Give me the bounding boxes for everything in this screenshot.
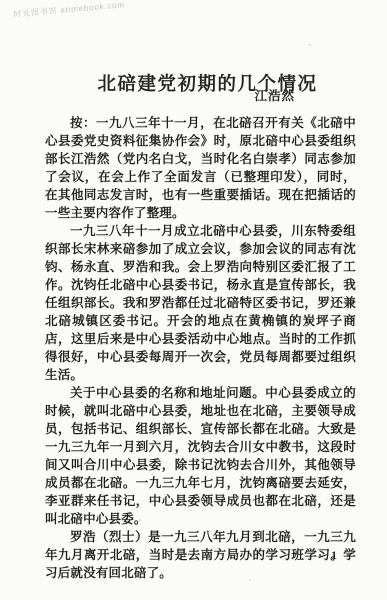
paragraph: 关于中心县委的名称和地址问题。中心县委成立的时候，就叫北碚中心县委，地址也在北碚… (45, 384, 356, 528)
page-number: · 1 · (318, 548, 353, 563)
paragraph: 罗浩（烈士）是一九三八年九月到北碚，一九三九年九月离开北碚，当时是去南方局办的学… (45, 528, 356, 582)
scanned-book-page: { "watermark": { "text": "时光图书馆 atimeboo… (0, 0, 387, 600)
page-title: 北碚建党初期的几个情况 (0, 70, 387, 96)
article-body: 按：一九八三年十一月，在北碚召开有关《北碚中心县委党史资料征集协作会》时，原北碚… (45, 114, 356, 582)
editor-note-paragraph: 按：一九八三年十一月，在北碚召开有关《北碚中心县委党史资料征集协作会》时，原北碚… (45, 114, 356, 222)
author-name: 江浩然 (254, 86, 295, 104)
library-watermark: 时光图书馆 atimebook.com (13, 0, 125, 20)
paragraph: 一九三八年十一月成立北碚中心县委，川东特委组织部长宋林来碚参加了成立会议，参加会… (45, 222, 356, 384)
